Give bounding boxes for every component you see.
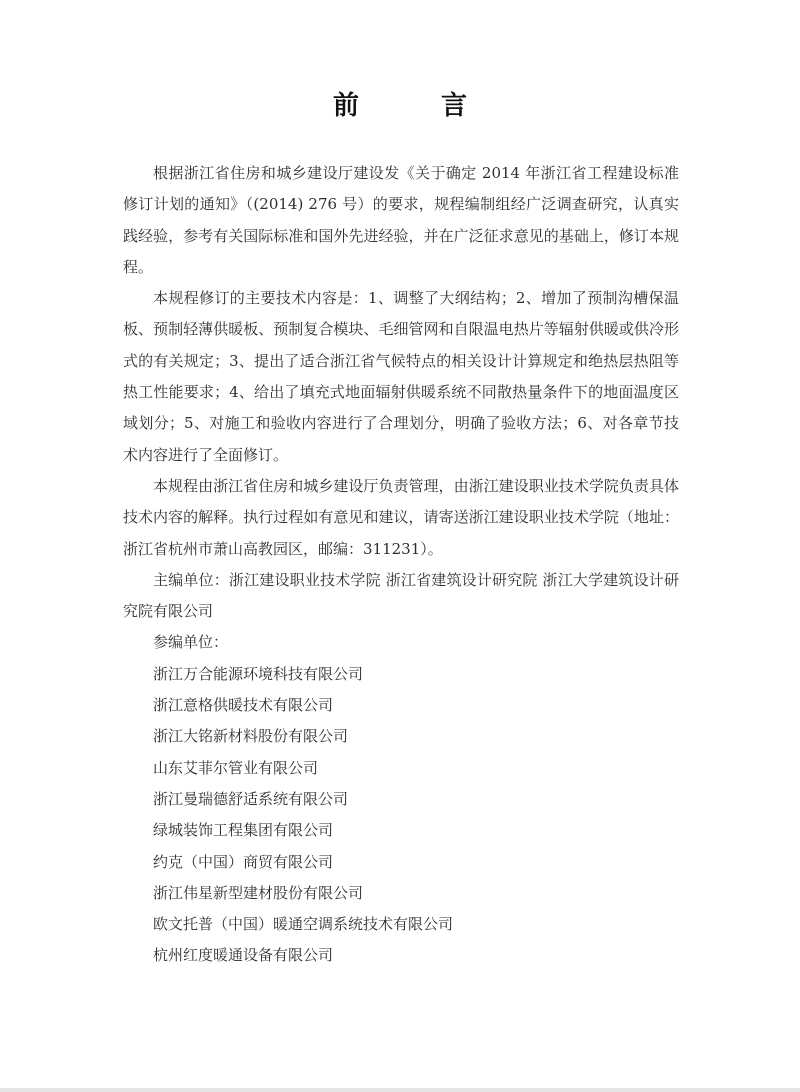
- page-bottom-border: [0, 1088, 800, 1092]
- document-page: 前 言 根据浙江省住房和城乡建设厅建设发《关于确定 2014 年浙江省工程建设标…: [0, 0, 800, 1088]
- paragraph-management: 本规程由浙江省住房和城乡建设厅负责管理，由浙江建设职业技术学院负责具体技术内容的…: [123, 471, 679, 565]
- participants-list: 浙江万合能源环境科技有限公司 浙江意格供暖技术有限公司 浙江大铭新材料股份有限公…: [123, 659, 679, 972]
- paragraph-basis: 根据浙江省住房和城乡建设厅建设发《关于确定 2014 年浙江省工程建设标准修订计…: [123, 158, 679, 283]
- page-title: 前 言: [0, 88, 800, 124]
- paragraph-technical-content: 本规程修订的主要技术内容是：1、调整了大纲结构；2、增加了预制沟槽保温板、预制轻…: [123, 283, 679, 471]
- chief-editors: 主编单位：浙江建设职业技术学院 浙江省建筑设计研究院 浙江大学建筑设计研究院有限…: [123, 565, 679, 628]
- participant-item: 浙江意格供暖技术有限公司: [123, 690, 679, 721]
- participants-label: 参编单位：: [123, 627, 679, 658]
- participant-item: 浙江曼瑞德舒适系统有限公司: [123, 784, 679, 815]
- participant-item: 浙江伟星新型建材股份有限公司: [123, 878, 679, 909]
- participant-item: 山东艾菲尔管业有限公司: [123, 753, 679, 784]
- document-body: 根据浙江省住房和城乡建设厅建设发《关于确定 2014 年浙江省工程建设标准修订计…: [123, 158, 679, 972]
- participant-item: 浙江万合能源环境科技有限公司: [123, 659, 679, 690]
- participant-item: 绿城装饰工程集团有限公司: [123, 815, 679, 846]
- participant-item: 欧文托普（中国）暖通空调系统技术有限公司: [123, 909, 679, 940]
- participant-item: 浙江大铭新材料股份有限公司: [123, 721, 679, 752]
- participant-item: 杭州红度暖通设备有限公司: [123, 940, 679, 971]
- participant-item: 约克（中国）商贸有限公司: [123, 847, 679, 878]
